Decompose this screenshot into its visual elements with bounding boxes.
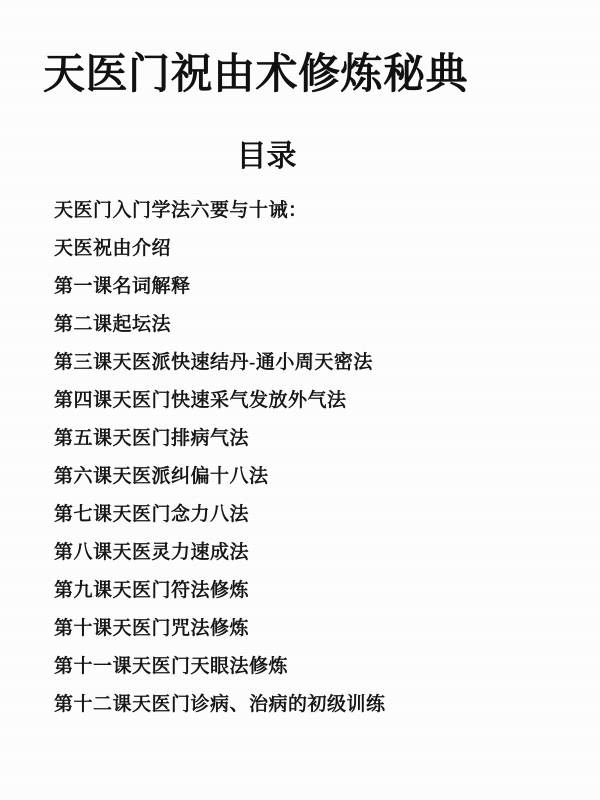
document-title: 天医门祝由术修炼秘典	[43, 0, 490, 100]
toc-item: 第二课起坛法	[54, 306, 490, 344]
toc-item: 第十二课天医门诊病、治病的初级训练	[54, 686, 490, 724]
toc-item: 第九课天医门符法修炼	[54, 572, 490, 610]
toc-item: 第一课名词解释	[54, 268, 490, 306]
toc-item: 第三课天医派快速结丹-通小周天密法	[54, 344, 490, 382]
toc-item: 天医祝由介绍	[54, 230, 490, 268]
toc-item: 第十一课天医门天眼法修炼	[54, 648, 490, 686]
toc-item: 第六课天医派纠偏十八法	[54, 458, 490, 496]
toc-list: 天医门入门学法六要与十诫： 天医祝由介绍 第一课名词解释 第二课起坛法 第三课天…	[54, 192, 490, 724]
document-page: 天医门祝由术修炼秘典 目录 天医门入门学法六要与十诫： 天医祝由介绍 第一课名词…	[0, 0, 600, 800]
toc-item: 第四课天医门快速采气发放外气法	[54, 382, 490, 420]
toc-item: 第八课天医灵力速成法	[54, 534, 490, 572]
document-content: 天医门祝由术修炼秘典 目录 天医门入门学法六要与十诫： 天医祝由介绍 第一课名词…	[43, 0, 490, 724]
toc-item: 第十课天医门咒法修炼	[54, 610, 490, 648]
toc-item: 天医门入门学法六要与十诫：	[54, 192, 490, 230]
toc-item: 第五课天医门排病气法	[54, 420, 490, 458]
toc-item: 第七课天医门念力八法	[54, 496, 490, 534]
toc-heading: 目录	[43, 140, 490, 174]
